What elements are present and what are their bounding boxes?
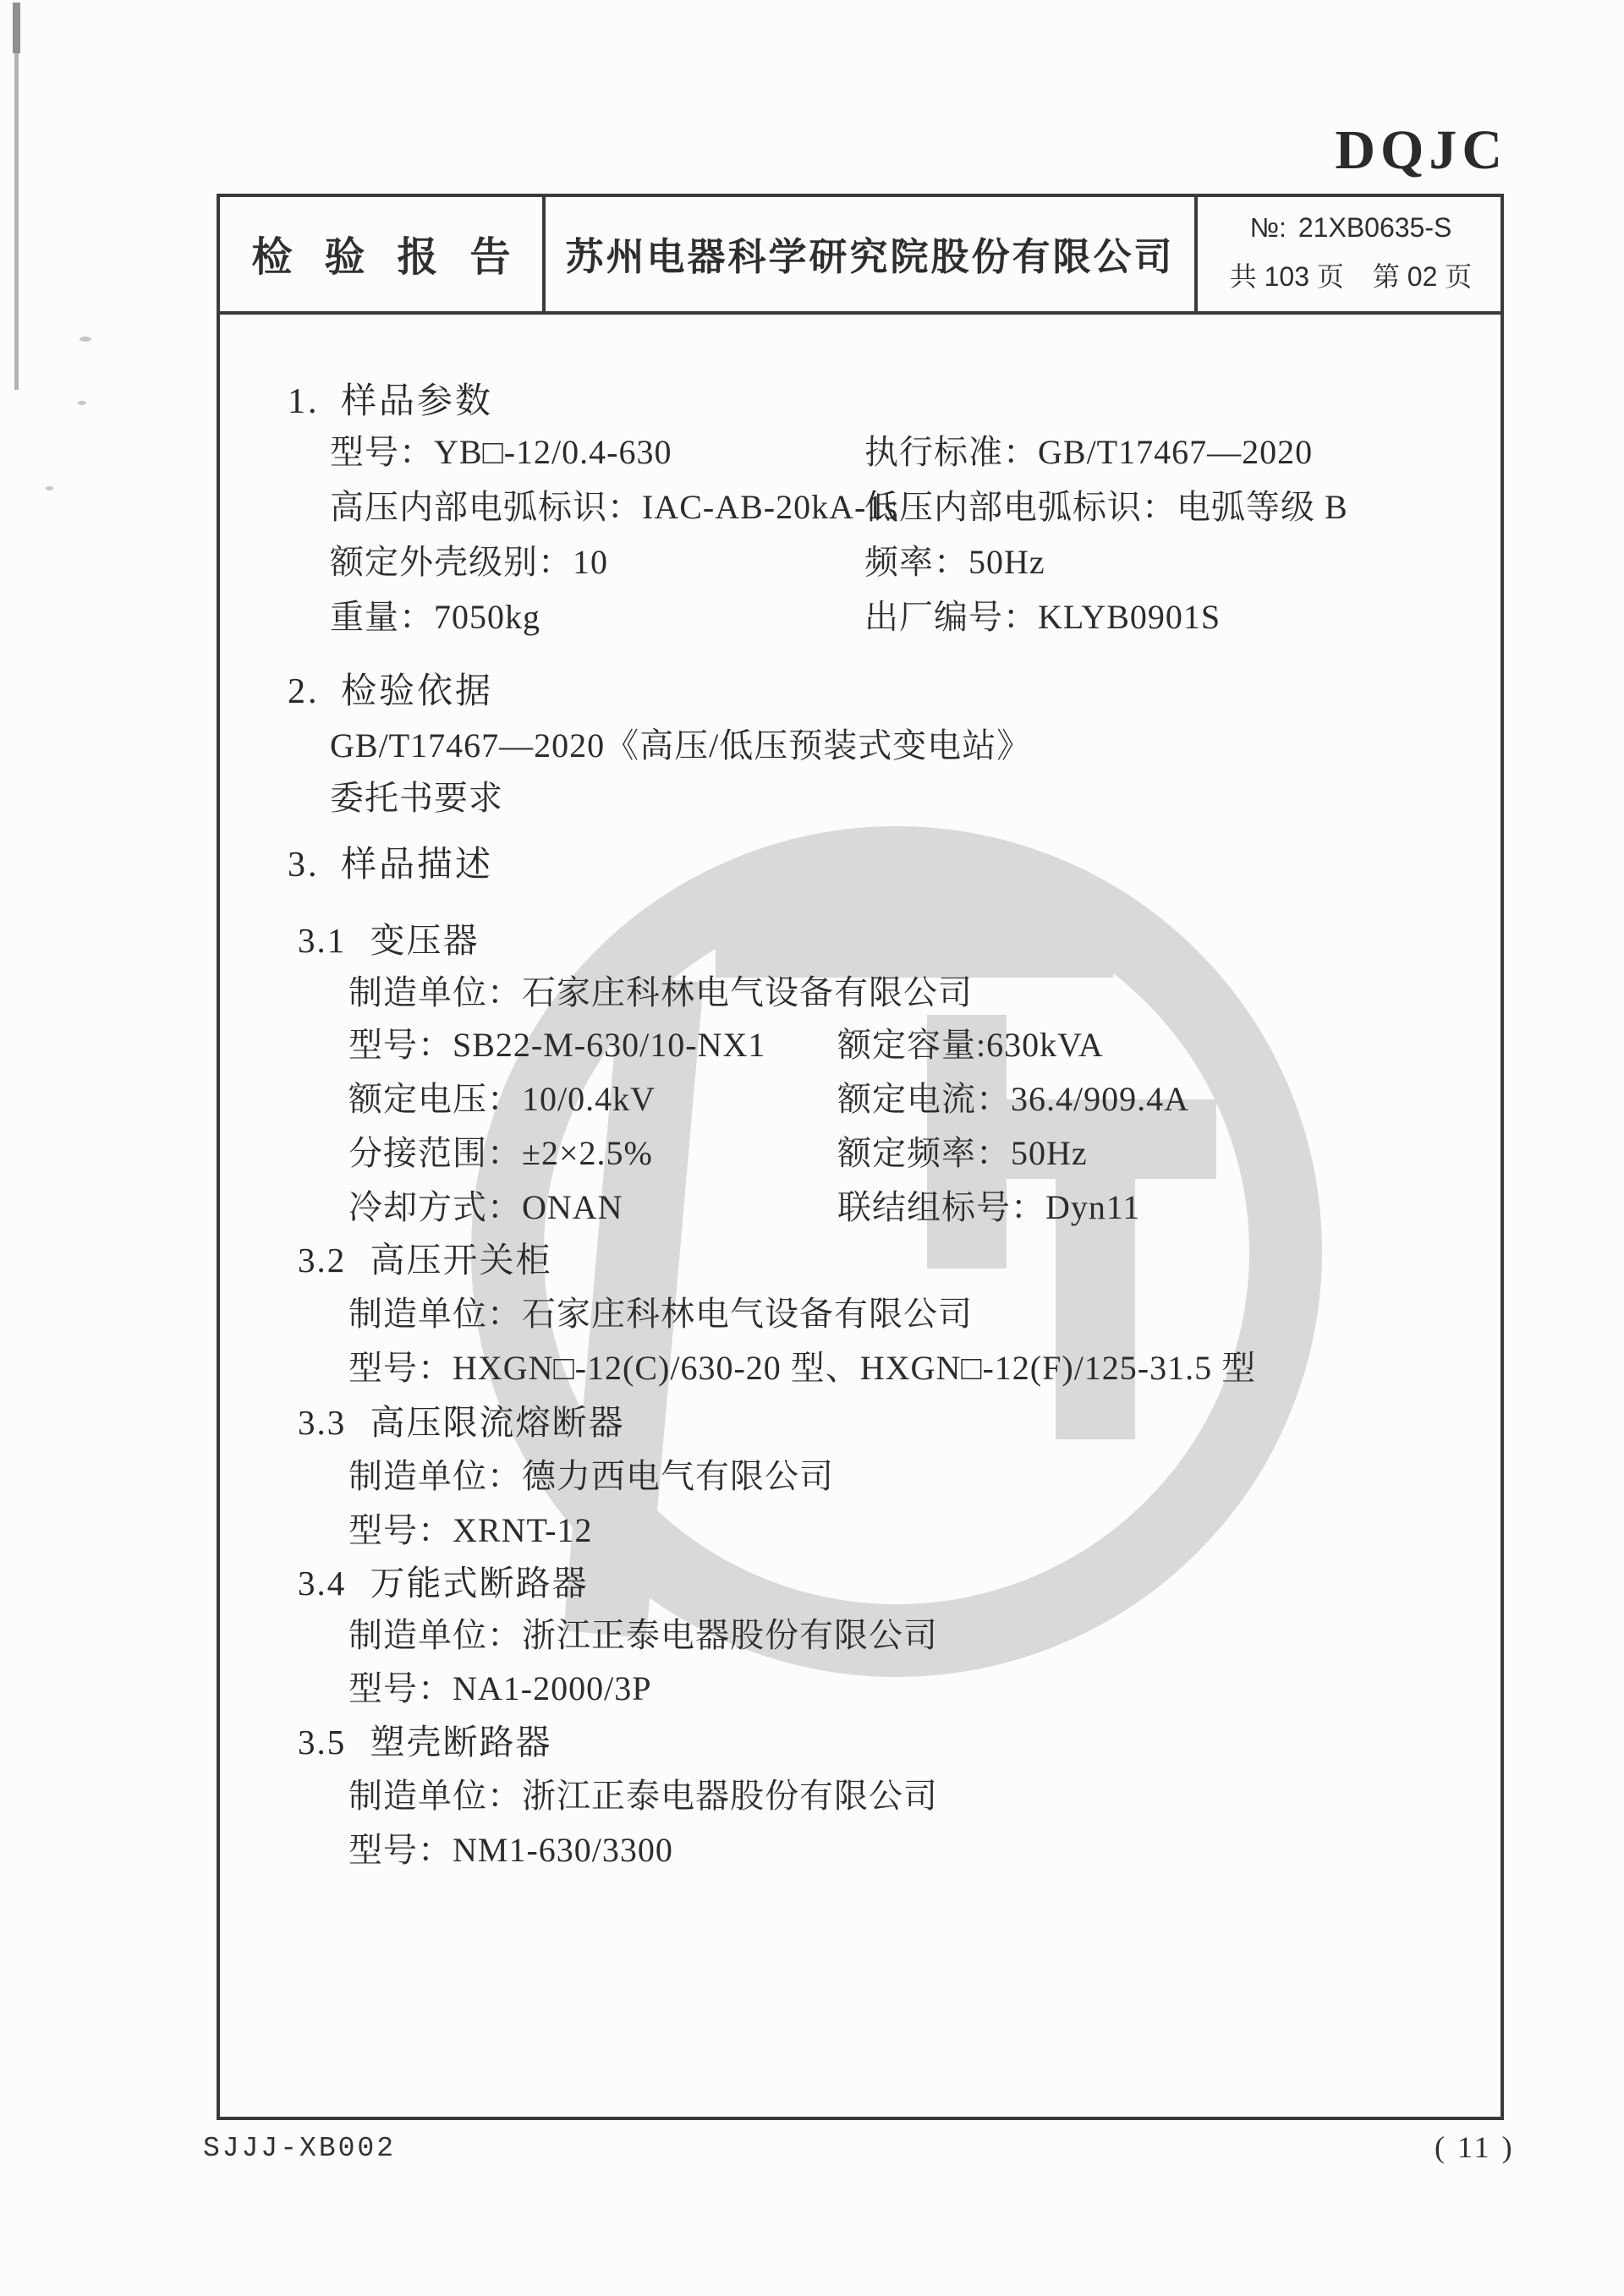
- vector-group: 联结组标号：Dyn11: [837, 1189, 1140, 1226]
- transformer-model: 型号：SB22-M-630/10-NX1: [348, 1027, 765, 1064]
- field-lv-arc-marking: 低压内部电弧标识：电弧等级 B: [864, 489, 1348, 526]
- scan-speck: [78, 401, 86, 405]
- switchgear-manufacturer: 制造单位：石家庄科林电气设备有限公司: [348, 1296, 973, 1333]
- section-3-2-heading: 3.2 高压开关柜: [298, 1241, 552, 1280]
- mccb-model: 型号：NM1-630/3300: [348, 1832, 673, 1869]
- transformer-manufacturer: 制造单位：石家庄科林电气设备有限公司: [348, 974, 973, 1011]
- report-number-line: №: 21XB0635-S: [1250, 212, 1452, 244]
- document-page: DQJC 检验报告 苏州电器科学研究院股份有限公司 №: 21XB0635-S …: [0, 0, 1624, 2296]
- section-1-heading: 1. 样品参数: [288, 382, 493, 421]
- current-page: 第 02 页: [1373, 255, 1472, 294]
- total-pages: 共 103 页: [1230, 255, 1344, 294]
- section-3-5-heading: 3.5 塑壳断路器: [298, 1723, 552, 1762]
- fuse-manufacturer: 制造单位：德力西电气有限公司: [348, 1458, 834, 1495]
- field-standard: 执行标准：GB/T17467—2020: [864, 434, 1313, 471]
- acb-model: 型号：NA1-2000/3P: [348, 1670, 651, 1707]
- field-hv-arc-marking: 高压内部电弧标识：IAC-AB-20kA-1s: [330, 489, 898, 526]
- section-3-1-heading: 3.1 变压器: [298, 922, 480, 960]
- field-frequency: 频率：50Hz: [864, 544, 1045, 581]
- scan-speck: [80, 337, 91, 342]
- acb-manufacturer: 制造单位：浙江正泰电器股份有限公司: [348, 1617, 938, 1654]
- field-model: 型号：YB□-12/0.4-630: [330, 434, 672, 471]
- section-3-heading: 3. 样品描述: [288, 846, 493, 885]
- page-number: ( 11 ): [1435, 2129, 1515, 2165]
- scan-edge-mark: [13, 3, 20, 53]
- report-number-value: 21XB0635-S: [1298, 212, 1451, 244]
- brand-logo-dqjc: DQJC: [1335, 118, 1507, 183]
- section-2-heading: 2. 检验依据: [288, 672, 493, 711]
- cooling-method: 冷却方式：ONAN: [348, 1189, 623, 1226]
- rated-current: 额定电流：36.4/909.4A: [837, 1081, 1189, 1118]
- switchgear-model: 型号：HXGN□-12(C)/630-20 型、HXGN□-12(F)/125-…: [348, 1350, 1256, 1387]
- mccb-manufacturer: 制造单位：浙江正泰电器股份有限公司: [348, 1778, 938, 1815]
- scan-speck: [46, 486, 53, 490]
- rated-voltage: 额定电压：10/0.4kV: [348, 1081, 656, 1118]
- company-name: 苏州电器科学研究院股份有限公司: [546, 194, 1194, 313]
- report-meta-cell: №: 21XB0635-S 共 103 页 第 02 页: [1198, 194, 1504, 313]
- inspection-basis-commission: 委托书要求: [330, 780, 503, 817]
- field-weight: 重量：7050kg: [330, 599, 540, 636]
- field-serial-number: 出厂编号：KLYB0901S: [864, 599, 1221, 636]
- scan-edge-line: [14, 3, 19, 390]
- page-count-line: 共 103 页 第 02 页: [1230, 255, 1473, 294]
- field-enclosure-rating: 额定外壳级别：10: [330, 544, 608, 581]
- section-3-3-heading: 3.3 高压限流熔断器: [298, 1404, 625, 1442]
- tapping-range: 分接范围：±2×2.5%: [348, 1135, 653, 1172]
- report-number-label: №:: [1250, 212, 1287, 244]
- section-3-4-heading: 3.4 万能式断路器: [298, 1564, 589, 1603]
- rated-capacity: 额定容量:630kVA: [837, 1027, 1104, 1064]
- report-title: 检验报告: [217, 194, 546, 313]
- form-code: SJJJ-XB002: [203, 2133, 396, 2164]
- fuse-model: 型号：XRNT-12: [348, 1512, 593, 1549]
- inspection-basis-standard: GB/T17467—2020《高压/低压预装式变电站》: [330, 727, 1031, 764]
- rated-frequency: 额定频率：50Hz: [837, 1135, 1088, 1172]
